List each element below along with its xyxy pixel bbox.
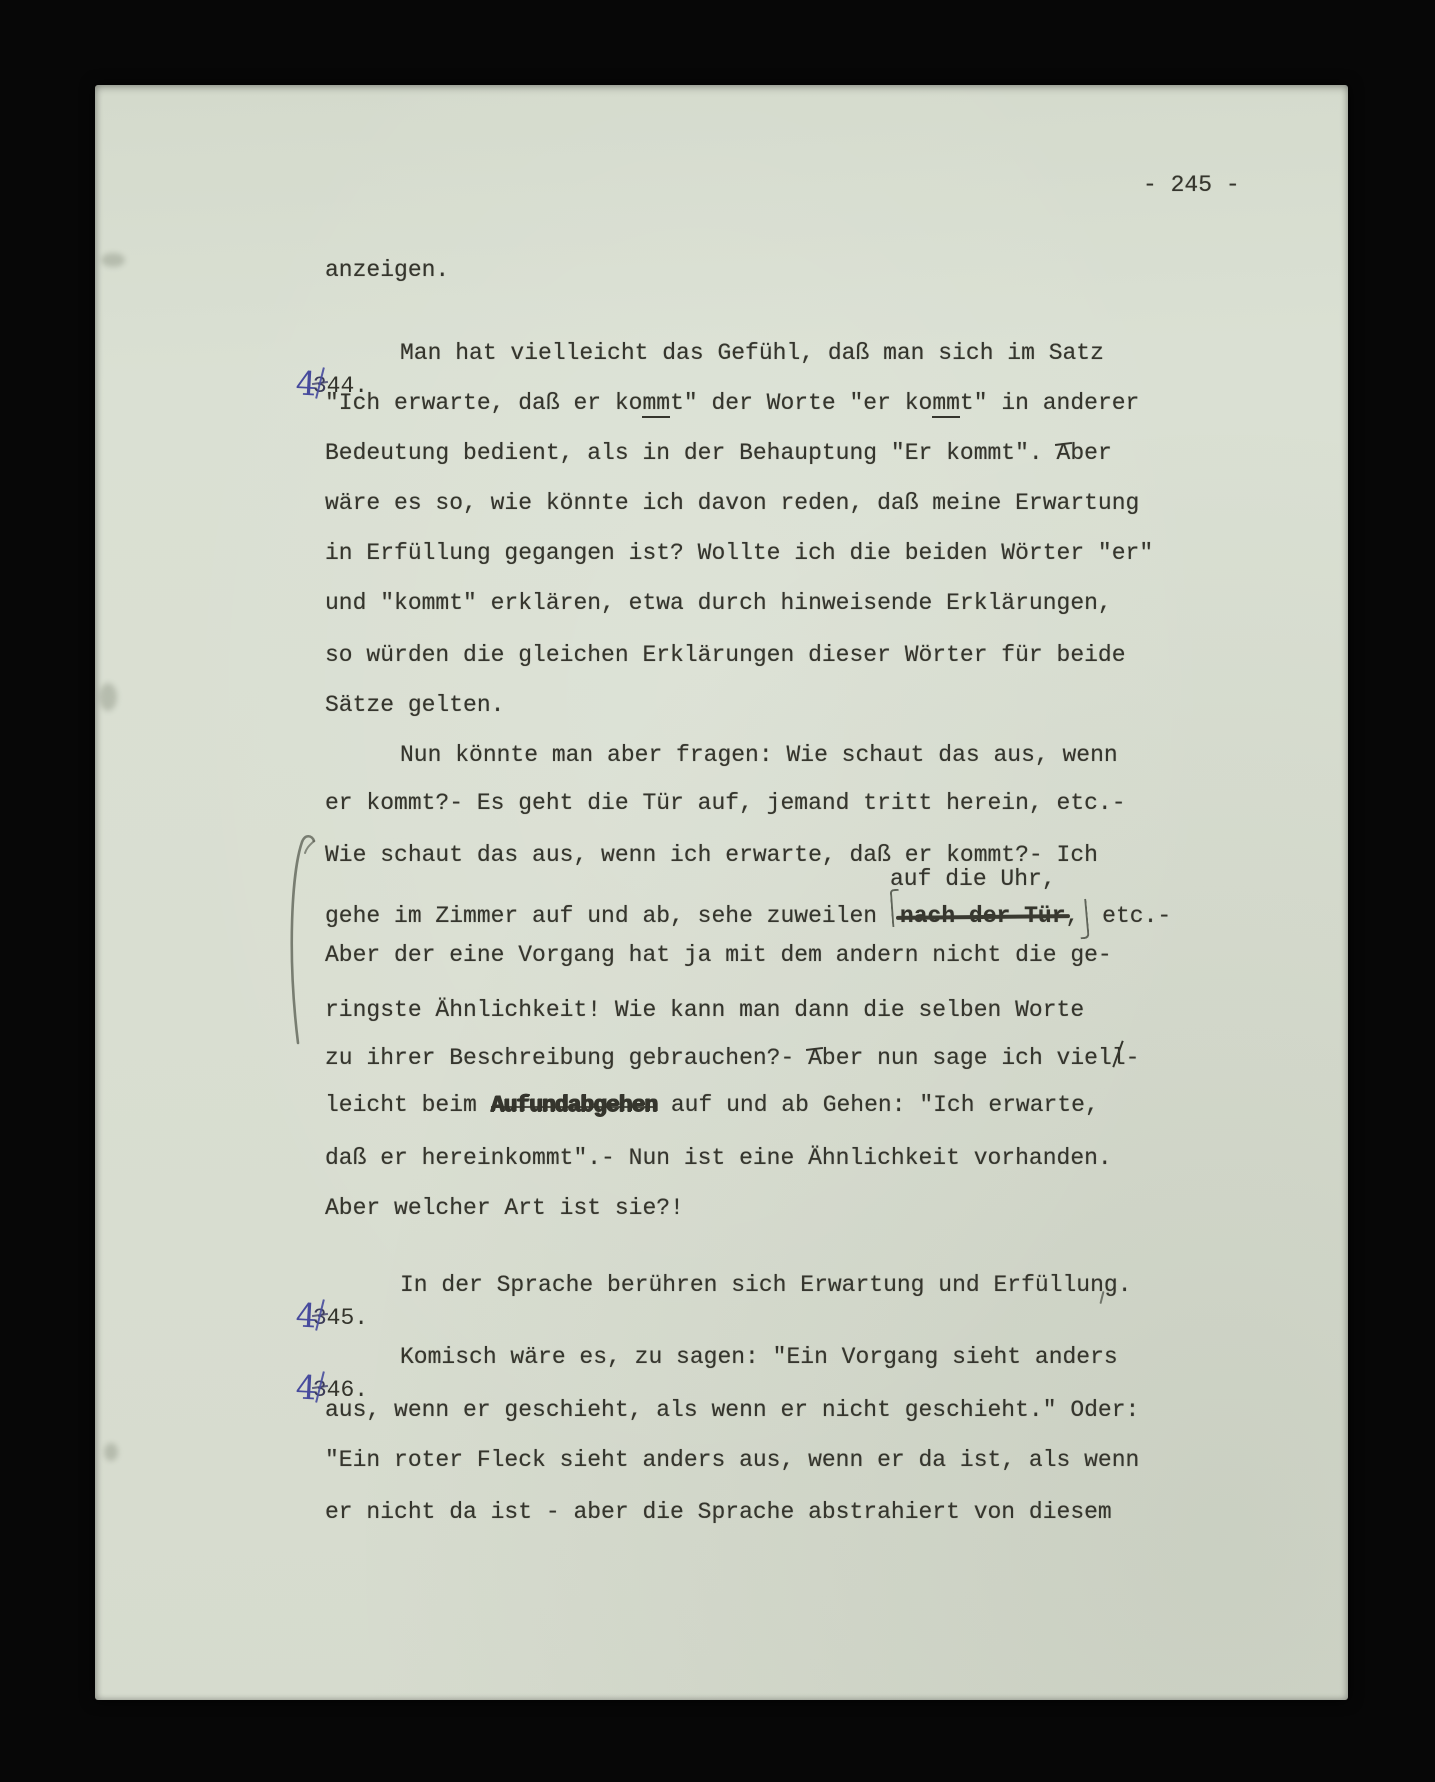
typed-line: Bedeutung bedient, als in der Behauptung… <box>325 438 1112 468</box>
page-number: - 245 - <box>1143 170 1240 200</box>
typed-line: daß er hereinkommt".- Nun ist eine Ähnli… <box>325 1143 1112 1173</box>
scan-smudge <box>104 1443 118 1461</box>
scanned-document-background: - 245 - anzeigen. 4344. Man hat vielleic… <box>0 0 1435 1782</box>
typed-line: Aber der eine Vorgang hat ja mit dem and… <box>325 940 1112 970</box>
typed-line: er nicht da ist - aber die Sprache abstr… <box>325 1497 1112 1527</box>
manuscript-page: - 245 - anzeigen. 4344. Man hat vielleic… <box>95 85 1348 1700</box>
typed-number-rest: 45. <box>327 1305 368 1331</box>
typed-line: in Erfüllung gegangen ist? Wollte ich di… <box>325 538 1153 568</box>
typed-line: er kommt?- Es geht die Tür auf, jemand t… <box>325 788 1126 818</box>
paragraph-number-446: 4346. <box>213 1340 368 1374</box>
typed-insertion-above-line: auf die Uhr, <box>890 864 1056 894</box>
typed-line: wäre es so, wie könnte ich davon reden, … <box>325 488 1139 518</box>
typed-line: Nun könnte man aber fragen: Wie schaut d… <box>400 740 1118 770</box>
typed-line: "Ich erwarte, daß er kommt" der Worte "e… <box>325 388 1139 418</box>
typed-line: zu ihrer Beschreibung gebrauchen?- Aber … <box>325 1043 1139 1073</box>
paragraph-number-444: 4344. <box>213 336 368 370</box>
typed-line: Man hat vielleicht das Gefühl, daß man s… <box>400 338 1104 368</box>
typed-line: "Ein roter Fleck sieht anders aus, wenn … <box>325 1445 1139 1475</box>
typed-line: Komisch wäre es, zu sagen: "Ein Vorgang … <box>400 1342 1118 1372</box>
typed-line: und "kommt" erklären, etwa durch hinweis… <box>325 588 1112 618</box>
typed-line: ringste Ähnlichkeit! Wie kann man dann d… <box>325 995 1084 1025</box>
paragraph-number-445: 4345. <box>213 1268 368 1302</box>
struck-typed-digit: 3 <box>313 1303 327 1333</box>
scan-smudge <box>99 683 117 711</box>
continuation-line: anzeigen. <box>325 255 449 285</box>
typed-line: Sätze gelten. <box>325 690 504 720</box>
typed-line: aus, wenn er geschieht, als wenn er nich… <box>325 1395 1139 1425</box>
typed-line: In der Sprache berühren sich Erwartung u… <box>400 1270 1132 1300</box>
typed-line: so würden die gleichen Erklärungen diese… <box>325 640 1126 670</box>
typed-line: Aber welcher Art ist sie?! <box>325 1193 684 1223</box>
scan-smudge <box>101 253 125 267</box>
typed-line-with-overtyped-word: leicht beim Aufundabgehen auf und ab Geh… <box>325 1090 1099 1120</box>
pencil-margin-mark <box>281 833 321 1063</box>
typed-line-with-correction: gehe im Zimmer auf und ab, sehe zuweilen… <box>325 893 1171 923</box>
